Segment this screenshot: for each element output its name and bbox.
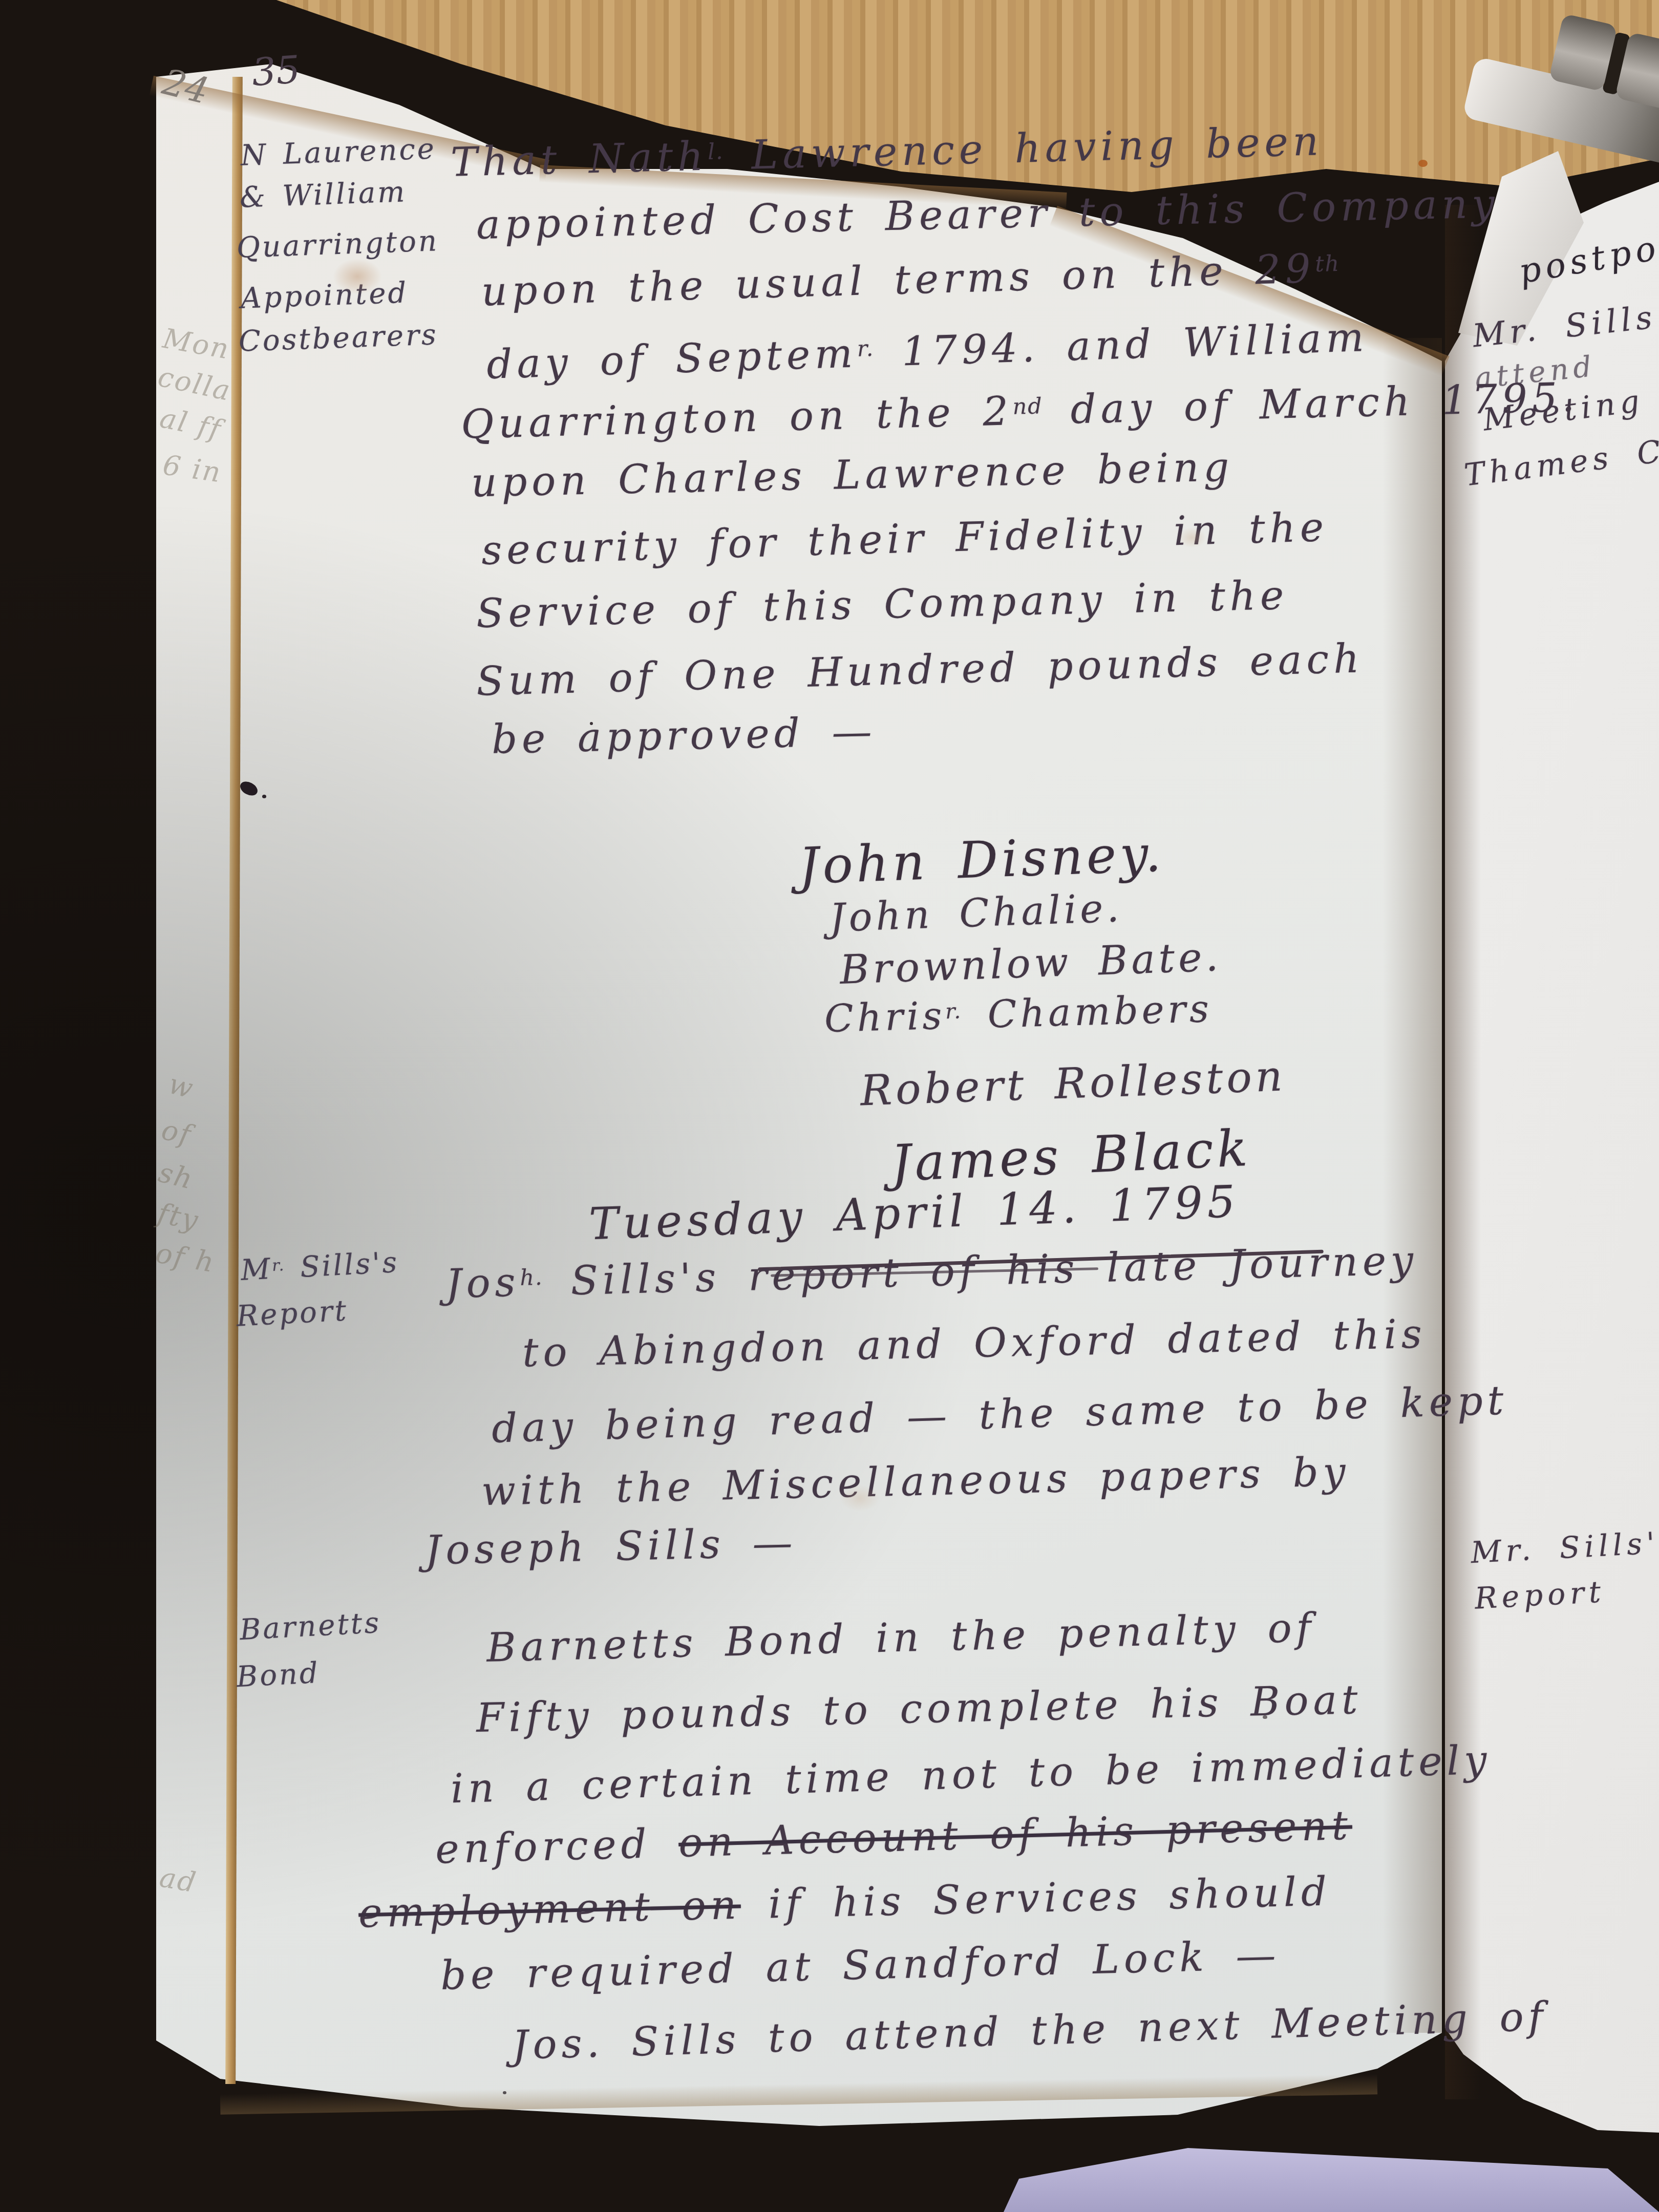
ink-speck xyxy=(590,722,593,725)
bleed-through-text: of xyxy=(159,1114,195,1152)
margin-note-barnetts-bond: Bond xyxy=(236,1659,321,1692)
margin-note-costbearers: Appointed xyxy=(240,279,409,313)
margin-note-sills-report: Report xyxy=(236,1296,349,1331)
margin-note-costbearers: & William xyxy=(239,178,407,212)
signature-john-chalie: John Chalie. xyxy=(829,888,1123,938)
ink-speck xyxy=(1263,1715,1267,1719)
bleed-through-text: ad xyxy=(157,1861,200,1899)
margin-note-costbearers: Costbearers xyxy=(238,321,438,356)
ink-speck xyxy=(503,2091,506,2094)
foxing-spot xyxy=(840,1485,880,1512)
margin-note-costbearers: Quarrington xyxy=(236,227,439,263)
ink-speck xyxy=(262,795,266,798)
manuscript-line: Joseph Sills — xyxy=(424,1523,797,1570)
foxing-spot xyxy=(1178,527,1206,548)
rust-speck xyxy=(1418,160,1428,167)
signature-john-disney: John Disney. xyxy=(798,829,1165,892)
manuscript-photo: 24 35 N Laurence & William Quarrington A… xyxy=(0,0,1659,2212)
manuscript-line: be approved — xyxy=(491,712,877,760)
margin-note-costbearers: N Laurence xyxy=(240,135,437,170)
paper-stain xyxy=(333,259,382,294)
margin-note-sills-report: Mr. Sills's xyxy=(240,1248,400,1285)
right-page-text: Report xyxy=(1474,1577,1606,1613)
margin-note-barnetts-bond: Barnetts xyxy=(239,1609,382,1645)
signature-chris-chambers: Chrisr. Chambers xyxy=(824,990,1213,1038)
page-number-current: 35 xyxy=(250,48,302,95)
